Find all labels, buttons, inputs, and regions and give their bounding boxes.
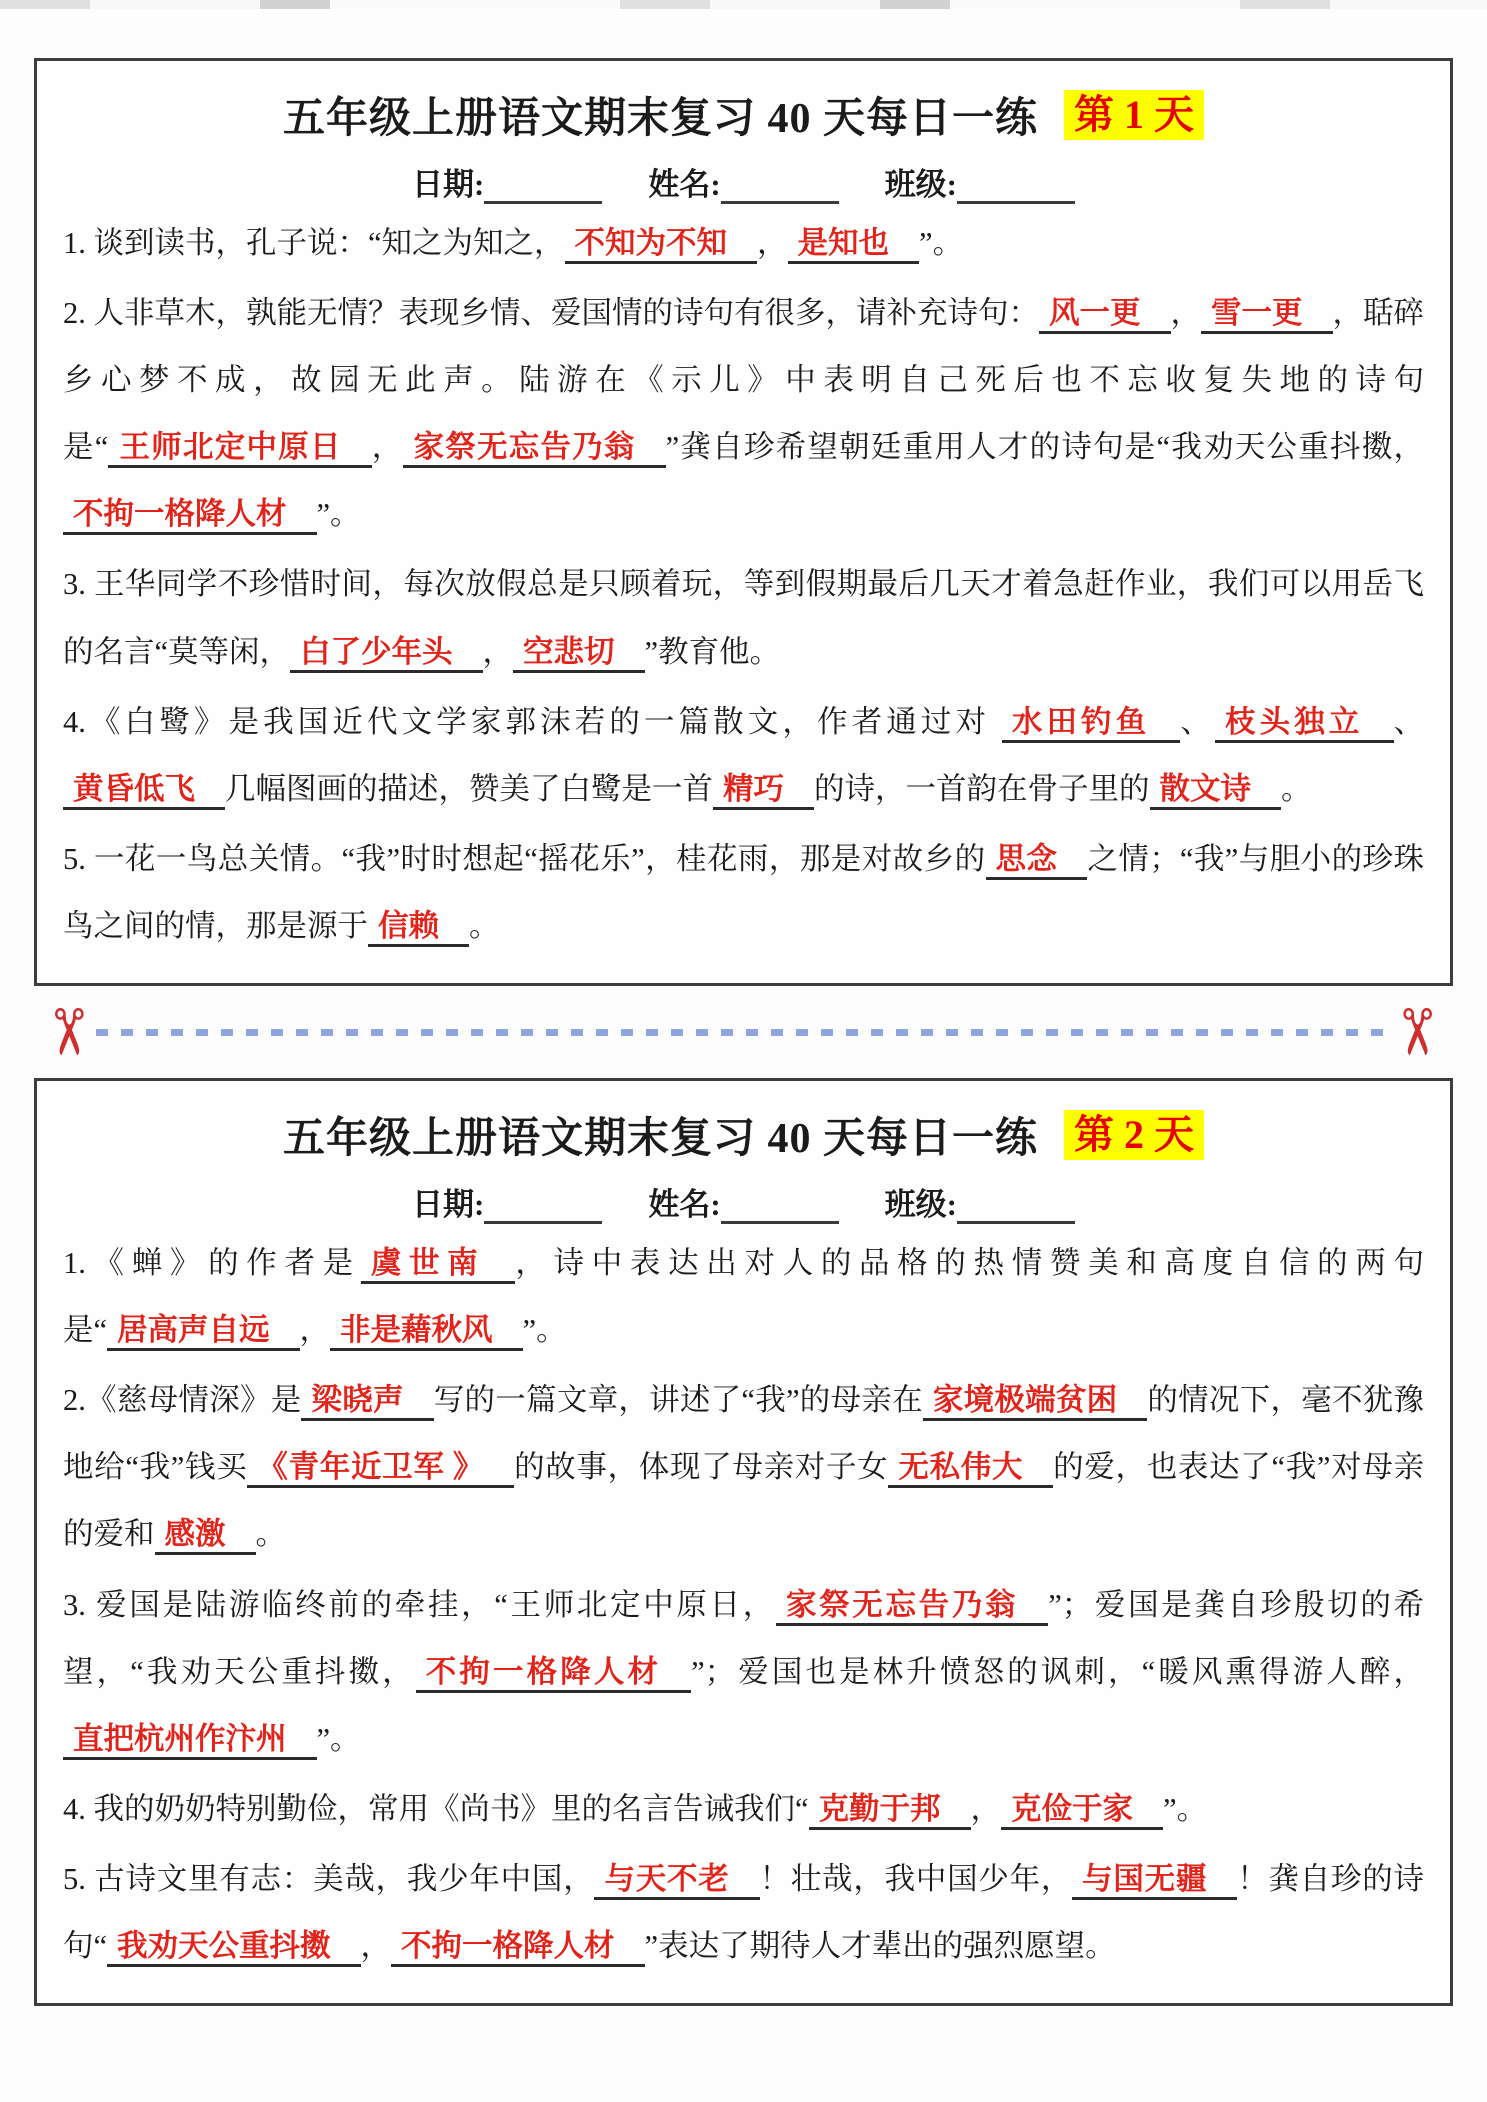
question-text: 几幅图画的描述，赞美了白鹭是一首	[225, 772, 713, 806]
answer-blank[interactable]: 与国无疆	[1072, 1862, 1237, 1900]
answer-blank[interactable]: 风一更	[1039, 296, 1171, 334]
answer-text: 王师北定中原日	[118, 430, 341, 464]
answer-blank[interactable]: 《青年近卫军 》	[247, 1450, 514, 1488]
answer-text: 精巧	[723, 772, 784, 806]
answer-text: 空悲切	[523, 635, 615, 669]
question-4: 4. 我的奶奶特别勤俭，常用《尚书》里的名言告诫我们“克勤于邦，克俭于家”。	[63, 1776, 1424, 1843]
answer-text: 感激	[165, 1517, 226, 1551]
question-4: 4.《白鹭》是我国近代文学家郭沫若的一篇散文，作者通过对 水田钓鱼、枝头独立、黄…	[63, 689, 1424, 823]
date-blank-line[interactable]	[484, 1188, 602, 1224]
cut-line-divider: ✂ ✂	[34, 986, 1453, 1078]
answer-text: 与国无疆	[1082, 1862, 1207, 1896]
page-title-day2: 五年级上册语文期末复习 40 天每日一练	[283, 1105, 1038, 1165]
answer-text: 非是藉秋风	[340, 1313, 493, 1347]
question-text: ”龚自珍希望朝廷重用人才的诗句是“我劝天公重抖擞，	[666, 430, 1424, 464]
question-text: 、	[1394, 705, 1425, 739]
answer-text: 克俭于家	[1011, 1792, 1133, 1826]
answer-text: 家祭无忘告乃翁	[413, 430, 635, 464]
question-text: 的故事，体现了母亲对子女	[514, 1450, 888, 1484]
worksheet-page: 五年级上册语文期末复习 40 天每日一练 第 1 天 日期: 姓名: 班级: 1…	[0, 9, 1487, 2006]
question-text: ”。	[317, 497, 361, 531]
answer-blank[interactable]: 王师北定中原日	[108, 430, 371, 468]
answer-text: 枝头独立	[1225, 705, 1364, 739]
answer-text: 梁晓声	[311, 1383, 403, 1417]
question-text: 。	[1281, 772, 1312, 806]
question-text: 。	[256, 1517, 287, 1551]
name-field-day2: 姓名:	[648, 1179, 838, 1224]
answer-blank[interactable]: 白了少年头	[290, 635, 483, 673]
name-field-day1: 姓名:	[648, 159, 838, 204]
question-text: 、	[1180, 705, 1215, 739]
question-5: 5. 古诗文里有志：美哉，我少年中国，与天不老！壮哉，我中国少年，与国无疆！龚自…	[63, 1846, 1424, 1980]
question-text: 写的一篇文章，讲述了“我”的母亲在	[434, 1383, 923, 1417]
answer-text: 直把杭州作汴州	[73, 1722, 287, 1756]
scissors-icon-left: ✂	[35, 1005, 99, 1059]
answer-text: 黄昏低飞	[73, 772, 195, 806]
question-1: 1. 谈到读书，孔子说：“知之为知之，不知为不知，是知也”。	[63, 210, 1424, 277]
answer-blank[interactable]: 信赖	[368, 909, 469, 947]
answer-text: 不知为不知	[575, 226, 728, 260]
question-text: ，	[1171, 296, 1202, 330]
answer-text: 克勤于邦	[819, 1792, 941, 1826]
question-text: 5. 一花一鸟总关情。“我”时时想起“摇花乐”，桂花雨，那是对故乡的	[63, 842, 986, 876]
answer-blank[interactable]: 不拘一格降人材	[391, 1929, 645, 1967]
answer-text: 水田钓鱼	[1012, 705, 1151, 739]
meta-row-day2: 日期: 姓名: 班级:	[63, 1179, 1424, 1224]
answer-text: 《青年近卫军 》	[257, 1450, 484, 1484]
question-text: 1.《蝉》的作者是	[63, 1246, 361, 1280]
question-text: ，	[757, 226, 788, 260]
answer-blank[interactable]: 我劝天公重抖擞	[107, 1929, 361, 1967]
class-label: 班级:	[885, 1179, 957, 1224]
answer-blank[interactable]: 黄昏低飞	[63, 772, 225, 810]
question-text: ”教育他。	[645, 635, 781, 669]
scan-artifact-top	[0, 0, 1487, 9]
meta-row-day1: 日期: 姓名: 班级:	[63, 159, 1424, 204]
question-text: 3. 爱国是陆游临终前的牵挂，“王师北定中原日，	[63, 1588, 776, 1622]
answer-blank[interactable]: 不拘一格降人材	[63, 497, 317, 535]
answer-text: 雪一更	[1211, 296, 1303, 330]
class-field-day1: 班级:	[885, 159, 1075, 204]
question-2: 2. 人非草木，孰能无情？表现乡情、爱国情的诗句有很多，请补充诗句：风一更，雪一…	[63, 280, 1424, 548]
answer-blank[interactable]: 精巧	[713, 772, 814, 810]
scissors-icon-right: ✂	[1388, 1005, 1452, 1059]
question-1: 1.《蝉》的作者是虞世南，诗中表达出对人的品格的热情赞美和高度自信的两句是“居高…	[63, 1230, 1424, 1364]
answer-blank[interactable]: 感激	[155, 1517, 256, 1555]
answer-blank[interactable]: 枝头独立	[1215, 705, 1394, 743]
answer-blank[interactable]: 克俭于家	[1001, 1792, 1163, 1830]
day-badge-day2: 第 2 天	[1064, 1110, 1204, 1160]
answer-text: 不拘一格降人材	[401, 1929, 615, 1963]
answer-text: 家境极端贫困	[933, 1383, 1118, 1417]
title-row-day2: 五年级上册语文期末复习 40 天每日一练 第 2 天	[63, 1105, 1424, 1165]
answer-blank[interactable]: 空悲切	[513, 635, 645, 673]
worksheet-day1: 五年级上册语文期末复习 40 天每日一练 第 1 天 日期: 姓名: 班级: 1…	[34, 58, 1453, 986]
answer-blank[interactable]: 是知也	[788, 226, 920, 264]
day-badge-day1: 第 1 天	[1064, 90, 1204, 140]
question-text: 的诗，一首韵在骨子里的	[814, 772, 1150, 806]
answer-text: 思念	[996, 842, 1058, 876]
answer-text: 信赖	[378, 909, 439, 943]
answer-blank[interactable]: 散文诗	[1150, 772, 1282, 810]
answer-text: 无私伟大	[898, 1450, 1023, 1484]
class-blank-line[interactable]	[957, 168, 1075, 204]
worksheet-day2: 五年级上册语文期末复习 40 天每日一练 第 2 天 日期: 姓名: 班级: 1…	[34, 1078, 1453, 2006]
name-label: 姓名:	[648, 1179, 720, 1224]
date-label: 日期:	[412, 159, 484, 204]
question-text: ！壮哉，我中国少年，	[760, 1862, 1073, 1896]
question-2: 2.《慈母情深》是梁晓声写的一篇文章，讲述了“我”的母亲在家境极端贫困的情况下，…	[63, 1367, 1424, 1568]
answer-text: 与天不老	[604, 1862, 729, 1896]
question-text: ”。	[1163, 1792, 1207, 1826]
answer-text: 家祭无忘告乃翁	[786, 1588, 1018, 1622]
question-text: 2. 人非草木，孰能无情？表现乡情、爱国情的诗句有很多，请补充诗句：	[63, 296, 1039, 330]
question-text: 。	[469, 909, 500, 943]
answer-blank[interactable]: 梁晓声	[301, 1383, 433, 1421]
date-field-day2: 日期:	[412, 1179, 602, 1224]
answer-blank[interactable]: 直把杭州作汴州	[63, 1722, 317, 1760]
date-blank-line[interactable]	[484, 168, 602, 204]
question-5: 5. 一花一鸟总关情。“我”时时想起“摇花乐”，桂花雨，那是对故乡的思念之情；“…	[63, 826, 1424, 960]
answer-blank[interactable]: 家境极端贫困	[923, 1383, 1148, 1421]
name-blank-line[interactable]	[721, 168, 839, 204]
answer-blank[interactable]: 克勤于邦	[809, 1792, 971, 1830]
answer-blank[interactable]: 水田钓鱼	[1002, 705, 1181, 743]
date-label: 日期:	[412, 1179, 484, 1224]
dashed-cut-line	[96, 1029, 1392, 1036]
answer-blank[interactable]: 家祭无忘告乃翁	[403, 430, 665, 468]
answer-blank[interactable]: 虞世南	[361, 1246, 516, 1284]
question-text: 2.《慈母情深》是	[63, 1383, 301, 1417]
answer-blank[interactable]: 雪一更	[1201, 296, 1333, 334]
answer-text: 居高声自远	[117, 1313, 270, 1347]
class-blank-line[interactable]	[957, 1188, 1075, 1224]
date-field-day1: 日期:	[412, 159, 602, 204]
answer-blank[interactable]: 不拘一格降人材	[416, 1655, 691, 1693]
question-text: ，	[300, 1313, 331, 1347]
answer-text: 虞世南	[371, 1246, 486, 1280]
answer-blank[interactable]: 家祭无忘告乃翁	[776, 1588, 1048, 1626]
question-text: ，	[971, 1792, 1002, 1826]
question-text: ”。	[919, 226, 963, 260]
answer-text: 风一更	[1049, 296, 1141, 330]
question-text: 5. 古诗文里有志：美哉，我少年中国，	[63, 1862, 594, 1896]
question-text: ”。	[317, 1722, 361, 1756]
answer-text: 不拘一格降人材	[426, 1655, 661, 1689]
answer-blank[interactable]: 非是藉秋风	[330, 1313, 523, 1351]
question-text: ，	[361, 1929, 392, 1963]
name-blank-line[interactable]	[721, 1188, 839, 1224]
title-row-day1: 五年级上册语文期末复习 40 天每日一练 第 1 天	[63, 85, 1424, 145]
question-text: ”表达了期待人才辈出的强烈愿望。	[645, 1929, 1116, 1963]
question-text: 1. 谈到读书，孔子说：“知之为知之，	[63, 226, 565, 260]
answer-blank[interactable]: 不知为不知	[565, 226, 758, 264]
answer-text: 我劝天公重抖擞	[117, 1929, 331, 1963]
class-label: 班级:	[885, 159, 957, 204]
question-text: 4. 我的奶奶特别勤俭，常用《尚书》里的名言告诫我们“	[63, 1792, 809, 1826]
questions-day2: 1.《蝉》的作者是虞世南，诗中表达出对人的品格的热情赞美和高度自信的两句是“居高…	[63, 1230, 1424, 1980]
answer-text: 不拘一格降人材	[73, 497, 287, 531]
answer-text: 白了少年头	[300, 635, 453, 669]
question-3: 3. 爱国是陆游临终前的牵挂，“王师北定中原日，家祭无忘告乃翁”；爱国是龚自珍殷…	[63, 1572, 1424, 1773]
question-text: ”。	[523, 1313, 567, 1347]
question-text: ，	[483, 635, 514, 669]
page-title-day1: 五年级上册语文期末复习 40 天每日一练	[283, 85, 1038, 145]
answer-text: 是知也	[798, 226, 890, 260]
answer-blank[interactable]: 思念	[986, 842, 1088, 880]
questions-day1: 1. 谈到读书，孔子说：“知之为知之，不知为不知，是知也”。 2. 人非草木，孰…	[63, 210, 1424, 960]
answer-blank[interactable]: 居高声自远	[107, 1313, 300, 1351]
question-3: 3. 王华同学不珍惜时间，每次放假总是只顾着玩，等到假期最后几天才着急赶作业，我…	[63, 551, 1424, 685]
name-label: 姓名:	[648, 159, 720, 204]
question-text: ”；爱国也是林升愤怒的讽刺，“暖风熏得游人醉，	[691, 1655, 1424, 1689]
answer-text: 散文诗	[1160, 772, 1252, 806]
question-text: 4.《白鹭》是我国近代文学家郭沫若的一篇散文，作者通过对	[63, 705, 1002, 739]
answer-blank[interactable]: 与天不老	[594, 1862, 759, 1900]
class-field-day2: 班级:	[885, 1179, 1075, 1224]
answer-blank[interactable]: 无私伟大	[888, 1450, 1053, 1488]
question-text: ，	[372, 430, 404, 464]
